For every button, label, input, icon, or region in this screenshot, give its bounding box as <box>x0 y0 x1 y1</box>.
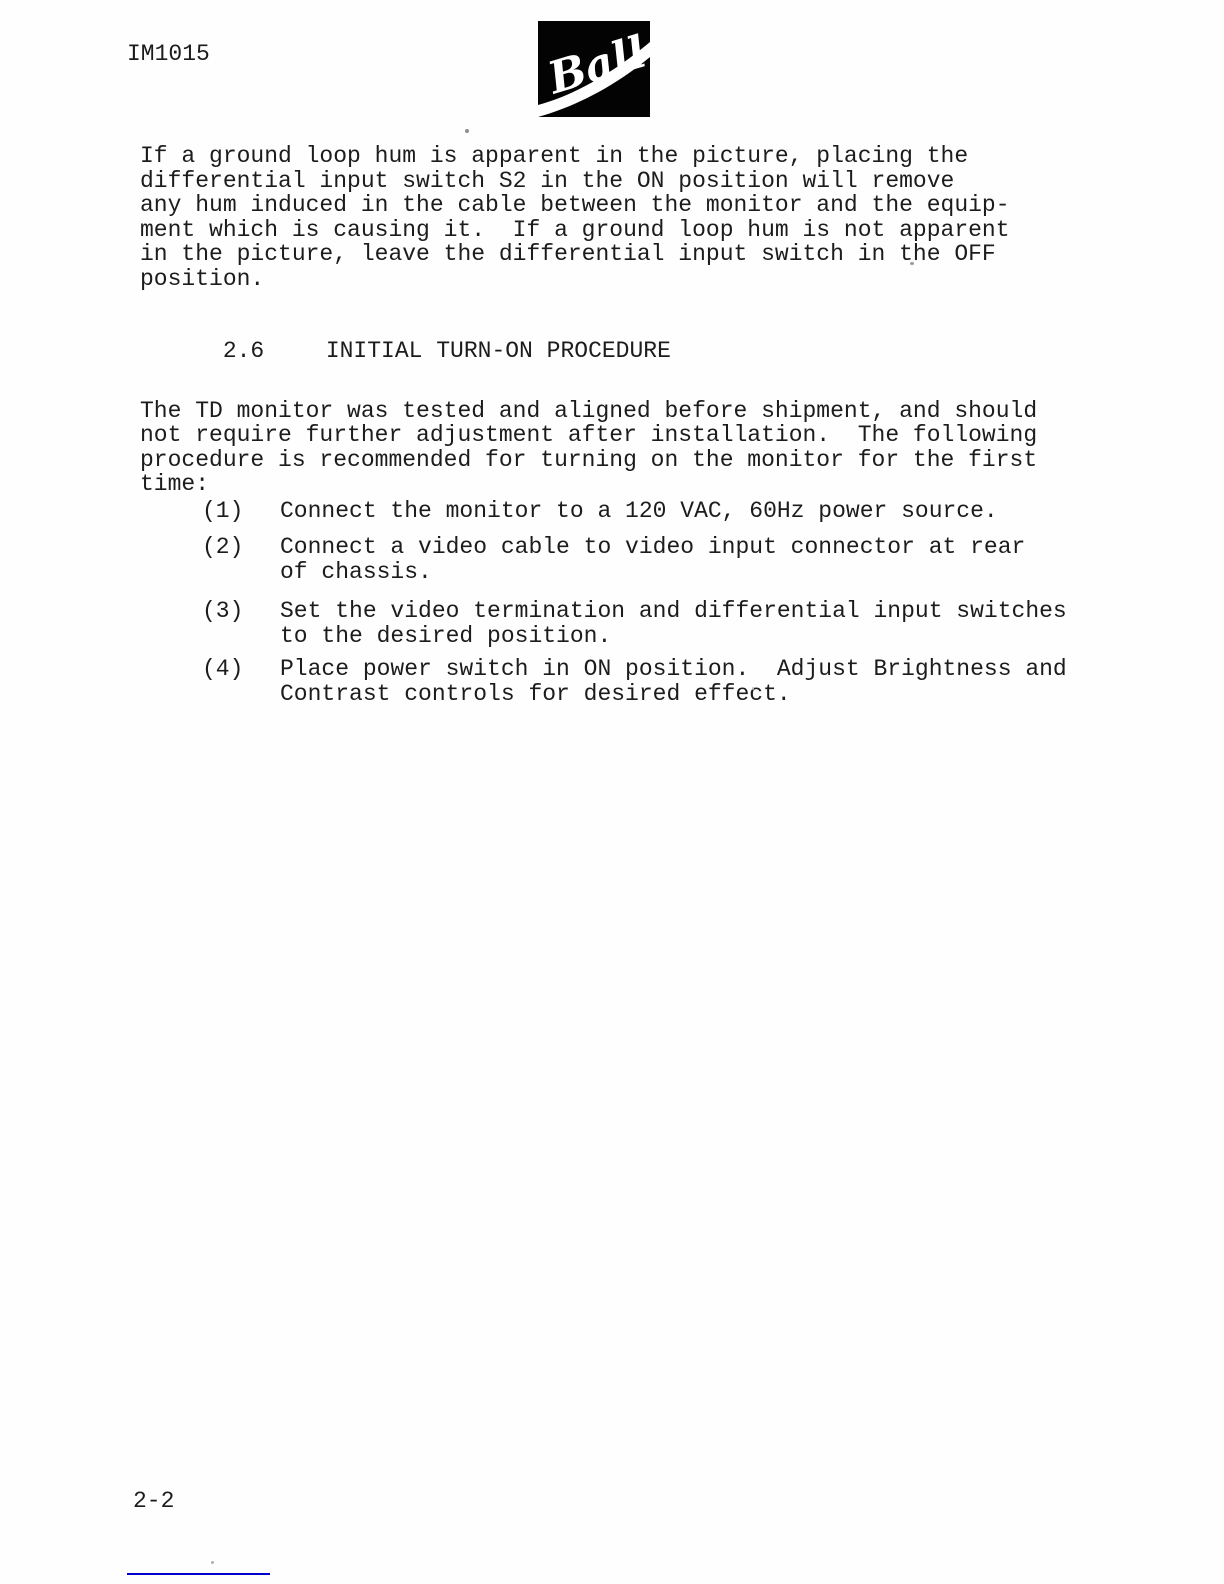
step-1: (1) Connect the monitor to a 120 VAC, 60… <box>140 499 1100 524</box>
paragraph-line: position. <box>140 267 1100 292</box>
footer-blue-underline <box>127 1573 270 1575</box>
ball-logo-graphic: Ball <box>538 21 650 118</box>
ball-logo: Ball <box>538 21 650 118</box>
scanned-manual-page: IM1015 Ball If a ground loop hum is appa… <box>0 0 1224 1584</box>
scan-speck <box>910 262 914 265</box>
paragraph-line: ment which is causing it. If a ground lo… <box>140 218 1100 243</box>
paragraph-line: time: <box>140 472 1100 497</box>
step-text: Place power switch in ON position. Adjus… <box>280 657 1100 706</box>
doc-number: IM1015 <box>127 42 210 67</box>
paragraph-turn-on: The TD monitor was tested and aligned be… <box>140 399 1100 497</box>
step-3: (3) Set the video termination and differ… <box>140 599 1100 648</box>
scan-speck <box>465 129 469 133</box>
paragraph-line: not require further adjustment after ins… <box>140 423 1100 448</box>
paragraph-ground-loop: If a ground loop hum is apparent in the … <box>140 144 1100 291</box>
step-line: Contrast controls for desired effect. <box>280 682 1100 707</box>
step-line: Place power switch in ON position. Adjus… <box>280 657 1100 682</box>
step-text: Connect the monitor to a 120 VAC, 60Hz p… <box>280 499 1100 524</box>
step-text: Set the video termination and differenti… <box>280 599 1100 648</box>
page-body: If a ground loop hum is apparent in the … <box>140 144 1100 706</box>
page-number: 2-2 <box>133 1489 174 1514</box>
paragraph-line: If a ground loop hum is apparent in the … <box>140 144 1100 169</box>
scan-speck <box>752 687 754 690</box>
step-text: Connect a video cable to video input con… <box>280 535 1100 584</box>
step-line: Connect a video cable to video input con… <box>280 535 1100 560</box>
section-heading: 2.6INITIAL TURN-ON PROCEDURE <box>140 314 1100 388</box>
step-number: (2) <box>140 535 280 584</box>
step-line: Set the video termination and differenti… <box>280 599 1100 624</box>
step-number: (4) <box>140 657 280 706</box>
section-title: INITIAL TURN-ON PROCEDURE <box>326 338 671 364</box>
paragraph-line: any hum induced in the cable between the… <box>140 193 1100 218</box>
step-number: (3) <box>140 599 280 648</box>
scan-speck <box>211 1561 214 1564</box>
paragraph-line: The TD monitor was tested and aligned be… <box>140 399 1100 424</box>
section-number: 2.6 <box>223 339 326 364</box>
step-line: of chassis. <box>280 560 1100 585</box>
paragraph-line: in the picture, leave the differential i… <box>140 242 1100 267</box>
step-line: Connect the monitor to a 120 VAC, 60Hz p… <box>280 499 1100 524</box>
step-line: to the desired position. <box>280 624 1100 649</box>
paragraph-line: differential input switch S2 in the ON p… <box>140 169 1100 194</box>
step-4: (4) Place power switch in ON position. A… <box>140 657 1100 706</box>
step-number: (1) <box>140 499 280 524</box>
step-2: (2) Connect a video cable to video input… <box>140 535 1100 584</box>
paragraph-line: procedure is recommended for turning on … <box>140 448 1100 473</box>
procedure-steps: (1) Connect the monitor to a 120 VAC, 60… <box>140 499 1100 707</box>
